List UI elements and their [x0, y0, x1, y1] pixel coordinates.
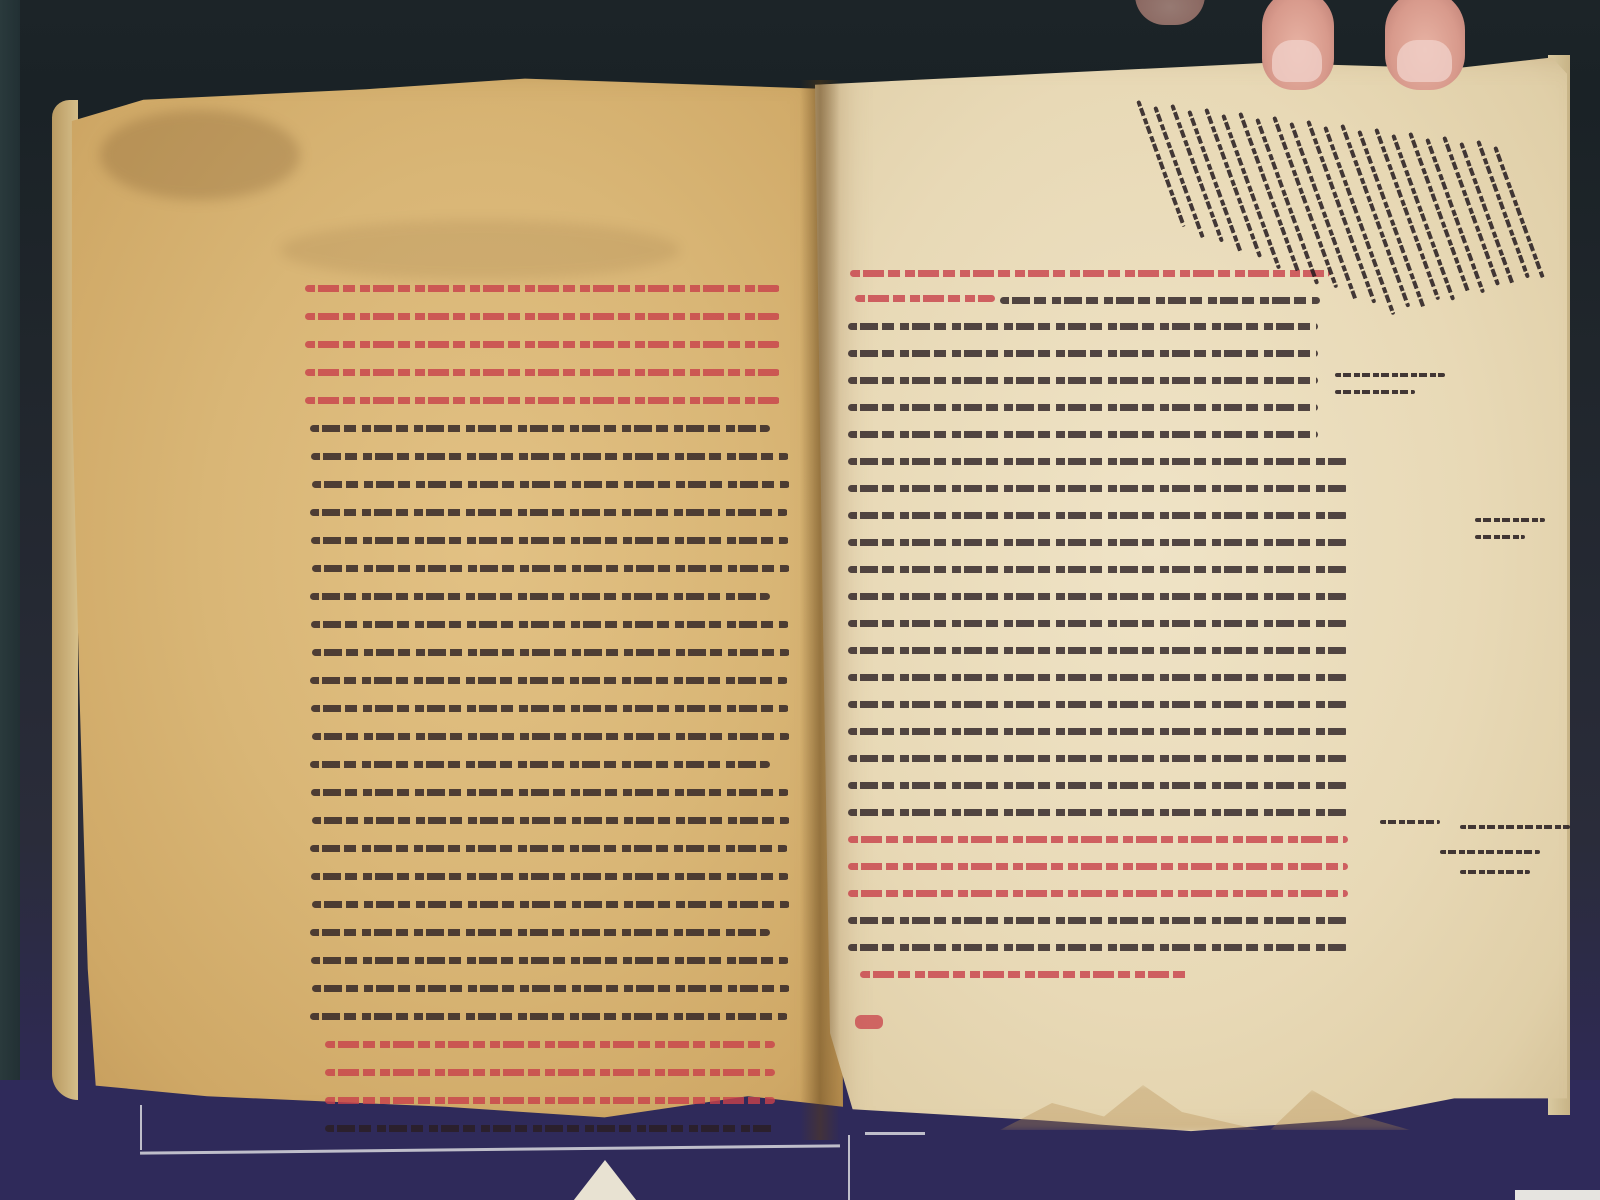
- rubric-line: [305, 369, 780, 376]
- text-line: [848, 458, 1348, 465]
- frame-line: [848, 1135, 850, 1200]
- text-line: [310, 929, 770, 936]
- text-line: [310, 593, 770, 600]
- text-line: [312, 901, 790, 908]
- text-line: [848, 755, 1348, 762]
- rubric-line: [860, 971, 1190, 978]
- text-line: [848, 620, 1348, 627]
- text-line: [848, 809, 1348, 816]
- stain: [100, 110, 300, 200]
- rubric-line: [325, 1125, 775, 1132]
- text-line: [312, 565, 790, 572]
- marginal-note: [1460, 870, 1530, 874]
- text-line: [848, 404, 1318, 411]
- rubric-line: [305, 341, 780, 348]
- marginal-note: [1440, 850, 1540, 854]
- text-line: [848, 647, 1348, 654]
- text-line: [848, 836, 1348, 843]
- finger: [1135, 0, 1205, 25]
- label-card: [1515, 1190, 1600, 1200]
- text-line: [312, 649, 790, 656]
- book-gutter: [800, 80, 840, 1140]
- text-line: [848, 377, 1318, 384]
- fingernail: [1272, 40, 1322, 82]
- text-line: [311, 621, 789, 628]
- background-edge: [0, 0, 20, 1200]
- marginal-note: [1380, 820, 1440, 824]
- text-line: [310, 509, 788, 516]
- text-line: [848, 782, 1348, 789]
- text-line: [848, 512, 1348, 519]
- text-line: [311, 537, 789, 544]
- stain: [280, 220, 680, 280]
- text-line: [848, 701, 1348, 708]
- frame-line: [865, 1132, 925, 1135]
- rubric-line: [325, 1041, 775, 1048]
- text-line: [311, 453, 789, 460]
- rubric-line: [855, 295, 995, 302]
- text-line: [848, 863, 1348, 870]
- text-line: [848, 593, 1348, 600]
- text-line: [310, 425, 770, 432]
- text-line: [848, 323, 1318, 330]
- text-line: [848, 728, 1348, 735]
- catchword: [855, 1015, 883, 1029]
- text-line: [311, 873, 789, 880]
- text-line: [312, 817, 790, 824]
- marginal-note: [1475, 535, 1525, 539]
- text-line: [848, 350, 1318, 357]
- text-line: [311, 957, 789, 964]
- fingernail: [1397, 40, 1452, 82]
- text-line: [848, 539, 1348, 546]
- marginal-note: [1335, 373, 1445, 377]
- rubric-line: [305, 397, 780, 404]
- text-line: [848, 917, 1348, 924]
- text-line: [848, 944, 1348, 951]
- rubric-line: [325, 1097, 775, 1104]
- frame-line: [140, 1105, 142, 1150]
- text-line: [310, 677, 788, 684]
- display-marker: [570, 1160, 640, 1200]
- text-line: [310, 845, 788, 852]
- text-line: [311, 789, 789, 796]
- text-line: [312, 481, 790, 488]
- marginal-note: [1460, 825, 1570, 829]
- text-line: [848, 674, 1348, 681]
- text-line: [848, 566, 1348, 573]
- text-line: [310, 761, 770, 768]
- text-line: [848, 485, 1348, 492]
- text-line: [310, 1013, 788, 1020]
- rubric-line: [325, 1069, 775, 1076]
- marginal-note: [1335, 390, 1415, 394]
- marginal-note: [1475, 518, 1545, 522]
- text-line: [848, 431, 1318, 438]
- text-line: [312, 985, 790, 992]
- rubric-line: [850, 270, 1330, 277]
- text-line: [312, 733, 790, 740]
- rubric-line: [305, 285, 780, 292]
- rubric-line: [305, 313, 780, 320]
- text-line: [311, 705, 789, 712]
- text-line: [848, 890, 1348, 897]
- text-line: [1000, 297, 1320, 304]
